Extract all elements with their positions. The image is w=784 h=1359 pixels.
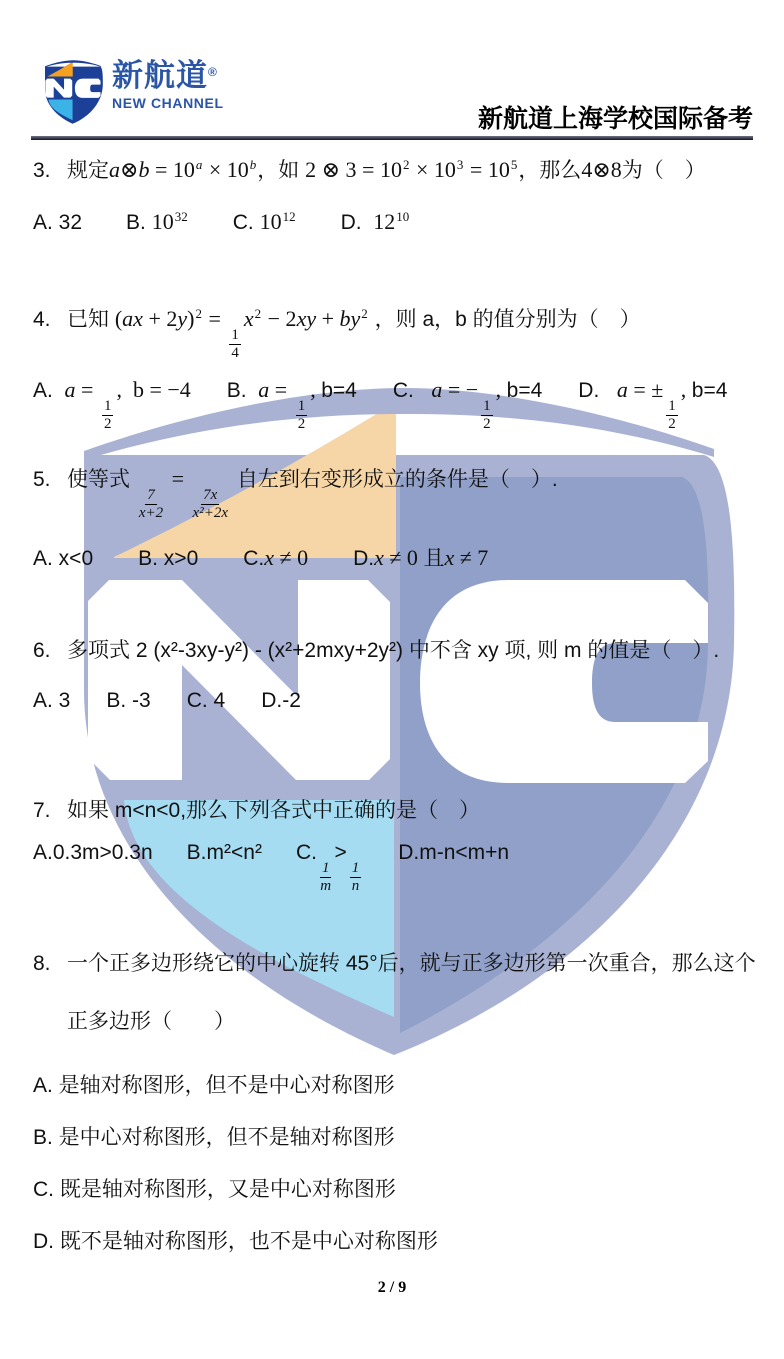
- new-channel-logo: 新航道® NEW CHANNEL: [45, 60, 224, 124]
- question-stem: 8.一个正多边形绕它的中心旋转 45°后，就与正多边形第一次重合，那么这个正多边…: [33, 950, 757, 1066]
- option-a: A. 是轴对称图形，但不是中心对称图形: [33, 1072, 757, 1100]
- option-label: C.: [233, 211, 254, 234]
- option-label: A.: [33, 211, 53, 234]
- option-value: x<0: [53, 547, 93, 570]
- question-7: 7.如果 m<n<0,那么下列各式中正确的是（ ） A.0.3m>0.3nB.m…: [33, 797, 757, 895]
- option-label: D.: [341, 211, 362, 234]
- option-value: x>0: [158, 547, 198, 570]
- option-value: 1032: [146, 211, 189, 234]
- option-c: C.1m>1n: [296, 839, 364, 895]
- option-b: B.m²<n²: [187, 839, 262, 867]
- question-number: 6.: [33, 637, 67, 665]
- options-row: A. 3B. -3C. 4D.-2: [33, 687, 757, 715]
- option-value: x ≠ 0: [264, 547, 308, 570]
- option-a: A. x<0: [33, 545, 93, 573]
- option-value: a = −12, b=4: [414, 379, 542, 402]
- option-value: a = 12, b=4: [247, 379, 357, 402]
- header-title: 新航道上海学校国际备考: [478, 99, 753, 135]
- option-d: D.x ≠ 0 且x ≠ 7: [353, 544, 488, 573]
- option-value: 1012: [254, 211, 297, 234]
- page-footer: 2 / 9: [0, 1279, 784, 1297]
- registered-trademark-icon: ®: [208, 65, 218, 79]
- option-value: 既不是轴对称图形，也不是中心对称图形: [54, 1230, 438, 1253]
- option-label: D.: [261, 689, 282, 712]
- option-b: B. 1032: [126, 208, 189, 239]
- option-b: B. x>0: [138, 545, 198, 573]
- option-value: m-n<m+n: [419, 841, 509, 864]
- nc-shield-icon: [45, 60, 103, 124]
- option-value: 1210: [362, 211, 411, 234]
- option-label: B.: [33, 1126, 53, 1149]
- option-b: B. 是中心对称图形，但不是轴对称图形: [33, 1124, 757, 1152]
- option-label: D.: [398, 841, 419, 864]
- option-d: D.m-n<m+n: [398, 839, 509, 867]
- option-value: 0.3m>0.3n: [53, 841, 153, 864]
- header-rule: [31, 136, 753, 140]
- option-b: B. a = 12, b=4: [227, 376, 357, 433]
- option-label: B.: [187, 841, 207, 864]
- option-value: 是轴对称图形，但不是中心对称图形: [53, 1074, 395, 1097]
- option-c: C. 既是轴对称图形，又是中心对称图形: [33, 1176, 757, 1204]
- option-label: B.: [227, 379, 247, 402]
- option-label: C.: [187, 689, 208, 712]
- question-number: 7.: [33, 797, 67, 825]
- question-stem: 4.已知 (ax + 2y)2 = 14x2 − 2xy + by2 ，则 a，…: [33, 305, 757, 362]
- option-label: C.: [33, 1178, 54, 1201]
- question-number: 8.: [33, 950, 67, 1066]
- logo-cyan-wedge: [49, 100, 73, 121]
- option-label: B.: [138, 547, 158, 570]
- options-row: A. x<0B. x>0C.x ≠ 0D.x ≠ 0 且x ≠ 7: [33, 544, 757, 573]
- question-number: 5.: [33, 466, 67, 494]
- option-label: A.: [33, 379, 53, 402]
- question-stem-text: 规定a⊗b = 10a × 10b，如 2 ⊗ 3 = 102 × 103 = …: [67, 159, 706, 182]
- option-a: A. a = 12, b = −4: [33, 376, 191, 433]
- question-stem-text: 如果 m<n<0,那么下列各式中正确的是（ ）: [67, 799, 480, 822]
- logo-name-cn: 新航道®: [112, 60, 224, 93]
- question-8: 8.一个正多边形绕它的中心旋转 45°后，就与正多边形第一次重合，那么这个正多边…: [33, 950, 757, 1280]
- option-label: A.: [33, 1074, 53, 1097]
- question-stem: 7.如果 m<n<0,那么下列各式中正确的是（ ）: [33, 797, 757, 825]
- option-label: D.: [578, 379, 599, 402]
- option-value: 4: [208, 689, 226, 712]
- option-value: 既是轴对称图形，又是中心对称图形: [54, 1178, 396, 1201]
- option-value: 32: [53, 211, 82, 234]
- logo-text-block: 新航道® NEW CHANNEL: [112, 60, 224, 111]
- option-value: a = ±12, b=4: [599, 379, 727, 402]
- option-d: D. 1210: [341, 208, 411, 239]
- question-number: 3.: [33, 157, 67, 185]
- option-label: B.: [106, 689, 126, 712]
- question-5: 5.使等式 7x+2 = 7xx²+2x 自左到右变形成立的条件是（ ）. A.…: [33, 465, 757, 573]
- option-value: 1m>1n: [317, 841, 364, 864]
- option-d: D. 既不是轴对称图形，也不是中心对称图形: [33, 1228, 757, 1256]
- option-c: C. 4: [187, 687, 226, 715]
- option-a: A. 3: [33, 687, 70, 715]
- option-label: D.: [33, 1230, 54, 1253]
- option-value: 3: [53, 689, 71, 712]
- question-stem: 5.使等式 7x+2 = 7xx²+2x 自左到右变形成立的条件是（ ）.: [33, 465, 757, 522]
- options-list: A. 是轴对称图形，但不是中心对称图形B. 是中心对称图形，但不是轴对称图形C.…: [33, 1072, 757, 1256]
- option-value: m²<n²: [207, 841, 262, 864]
- option-value: -2: [282, 689, 301, 712]
- options-row: A.0.3m>0.3nB.m²<n²C.1m>1nD.m-n<m+n: [33, 839, 757, 895]
- option-label: A.: [33, 547, 53, 570]
- option-label: C.: [243, 547, 264, 570]
- question-number: 4.: [33, 306, 67, 334]
- logo-name-en: NEW CHANNEL: [112, 95, 224, 111]
- options-row: A. 32B. 1032C. 1012D. 1210: [33, 208, 757, 239]
- option-label: B.: [126, 211, 146, 234]
- option-value: a = 12, b = −4: [53, 379, 191, 402]
- option-d: D. a = ±12, b=4: [578, 376, 727, 433]
- option-d: D.-2: [261, 687, 301, 715]
- question-stem-text: 一个正多边形绕它的中心旋转 45°后，就与正多边形第一次重合，那么这个正多边形（…: [67, 950, 756, 1066]
- option-label: C.: [296, 841, 317, 864]
- option-a: A. 32: [33, 209, 82, 237]
- question-stem: 6.多项式 2 (x²-3xy-y²) - (x²+2mxy+2y²) 中不含 …: [33, 637, 757, 665]
- option-label: C.: [393, 379, 414, 402]
- option-b: B. -3: [106, 687, 150, 715]
- option-c: C. a = −12, b=4: [393, 376, 542, 433]
- option-label: D.: [353, 547, 374, 570]
- option-c: C. 1012: [233, 208, 297, 239]
- option-label: A.: [33, 841, 53, 864]
- option-value: x ≠ 0 且x ≠ 7: [374, 547, 488, 570]
- option-a: A.0.3m>0.3n: [33, 839, 153, 867]
- document-page: 新航道® NEW CHANNEL 新航道上海学校国际备考 3.规定a⊗b = 1…: [0, 0, 784, 1359]
- question-6: 6.多项式 2 (x²-3xy-y²) - (x²+2mxy+2y²) 中不含 …: [33, 637, 757, 715]
- option-value: 是中心对称图形，但不是轴对称图形: [53, 1126, 395, 1149]
- question-4: 4.已知 (ax + 2y)2 = 14x2 − 2xy + by2 ，则 a，…: [33, 305, 757, 434]
- option-c: C.x ≠ 0: [243, 544, 308, 573]
- page-number: 2 / 9: [378, 1279, 406, 1296]
- question-stem-text: 已知 (ax + 2y)2 = 14x2 − 2xy + by2 ，则 a，b …: [67, 308, 641, 331]
- question-stem: 3.规定a⊗b = 10a × 10b，如 2 ⊗ 3 = 102 × 103 …: [33, 156, 757, 187]
- logo-roof-banner: [45, 60, 101, 67]
- option-label: A.: [33, 689, 53, 712]
- option-value: -3: [126, 689, 151, 712]
- question-stem-text: 多项式 2 (x²-3xy-y²) - (x²+2mxy+2y²) 中不含 xy…: [67, 639, 719, 662]
- question-stem-text: 使等式 7x+2 = 7xx²+2x 自左到右变形成立的条件是（ ）.: [67, 468, 558, 491]
- question-3: 3.规定a⊗b = 10a × 10b，如 2 ⊗ 3 = 102 × 103 …: [33, 156, 757, 239]
- options-row: A. a = 12, b = −4B. a = 12, b=4C. a = −1…: [33, 376, 757, 433]
- logo-name-cn-text: 新航道: [112, 58, 208, 93]
